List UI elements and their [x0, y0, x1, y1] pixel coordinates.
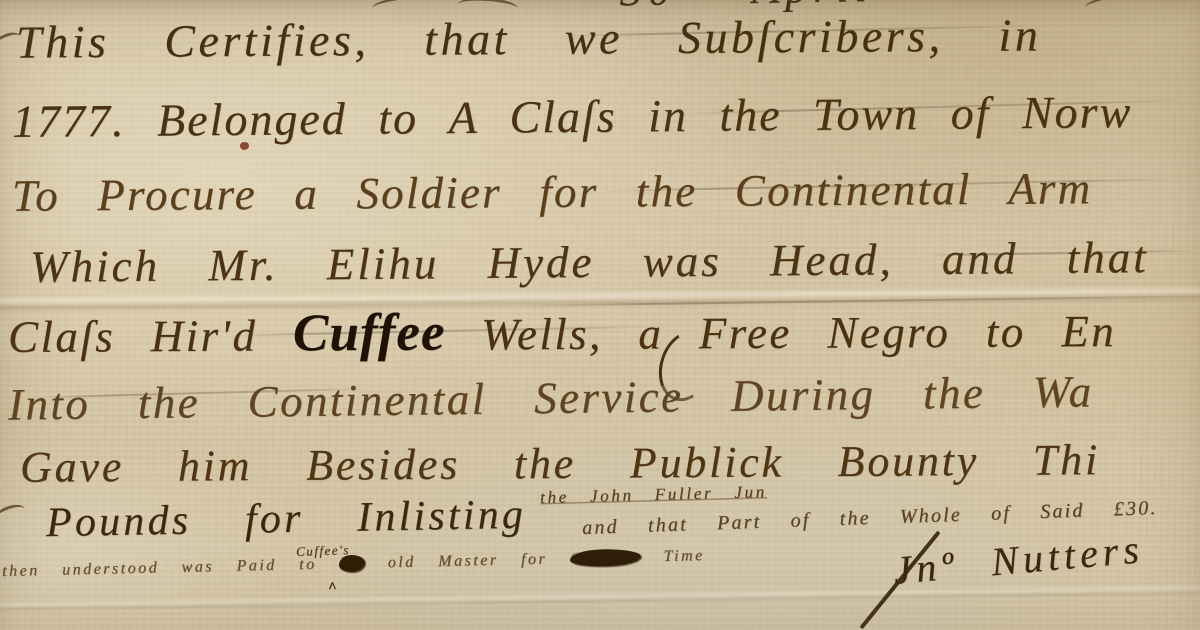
manuscript-line: Pounds for Inlisting — [46, 494, 527, 544]
caret-mark: ^ — [328, 581, 337, 596]
line-text: Wells, a Free Negro to En — [445, 306, 1116, 360]
cuffee-wells-name: Cuffee — [293, 304, 446, 363]
manuscript-line: To Procure a Soldier for the Continental… — [12, 166, 1093, 219]
line-text: then understood was Paid to — [2, 555, 339, 580]
manuscript-line: Gave him Besides the Publick Bounty Thi — [20, 438, 1100, 490]
manuscript-line: then understood was Paid to his old Mast… — [2, 548, 705, 580]
cut-off-stroke — [0, 501, 28, 528]
manuscript-line: This Certifies, that we Subſcribers, in — [16, 12, 1042, 65]
manuscript-line: Into the Continental Service During the … — [8, 369, 1094, 427]
interlinear-insertion: the John Fuller Jun — [540, 483, 767, 506]
manuscript-line: 1777. Belonged to A Claſs in the Town of… — [12, 89, 1132, 145]
fold-crease — [0, 583, 1200, 612]
interlinear-insertion: Cuffee's — [296, 543, 350, 558]
manuscript-line: Claſs Hir'd Cuffee Wells, a Free Negro t… — [8, 303, 1116, 362]
blotted-word: his — [339, 555, 366, 573]
line-text: Time — [641, 547, 705, 565]
manuscript-line: Which Mr. Elihu Hyde was Head, and that — [30, 235, 1149, 290]
blotted-word: Cuffee's — [569, 548, 641, 567]
manuscript-page: 30 April 17 This Certifies, that we Subſ… — [0, 0, 1200, 630]
cut-off-stroke — [1084, 0, 1156, 16]
line-text: old Master for — [365, 550, 570, 572]
line-text: Claſs Hir'd — [8, 310, 293, 361]
